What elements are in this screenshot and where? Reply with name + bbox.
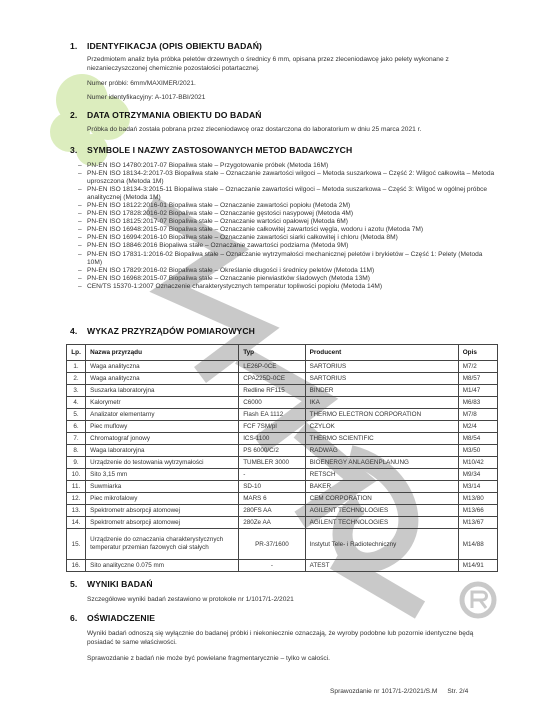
cell-type: LE26P-0CE (239, 361, 305, 373)
table-row: 2.Waga analitycznaCPA225D-0CESARTORIUSM8… (67, 373, 498, 385)
cell-name: Sito analityczne 0.075 mm (86, 560, 239, 572)
declaration-text: Wyniki badań odnoszą się wyłącznie do ba… (87, 630, 497, 647)
cell-lp: 12. (67, 493, 86, 505)
cell-producer: AGILENT TECHNOLOGIES (305, 505, 458, 517)
table-row: 4.KalorymetrC6000IKAM6/83 (67, 397, 498, 409)
cell-name: Waga analityczna (86, 373, 239, 385)
cell-type: C6000 (239, 397, 305, 409)
cell-description: M14/88 (458, 529, 497, 560)
table-row: 3.Suszarka laboratoryjnaRedline RF115BIN… (67, 385, 498, 397)
section-title: DATA OTRZYMANIA OBIEKTU DO BADAŃ (87, 110, 262, 120)
cell-type: MARS 6 (239, 493, 305, 505)
cell-name: Urządzenie do oznaczania charakterystycz… (86, 529, 239, 560)
section-number: 5. (70, 579, 87, 589)
cell-lp: 1. (67, 361, 86, 373)
cell-name: Suwmiarka (86, 481, 239, 493)
cell-name: Suszarka laboratoryjna (86, 385, 239, 397)
table-row: 13.Spektrometr absorpcji atomowej280FS A… (67, 505, 498, 517)
section-1-description: Przedmiotem analiz była próbka peletów d… (87, 56, 497, 73)
cell-name: Kalorymetr (86, 397, 239, 409)
cell-type: 280Ze AA (239, 517, 305, 529)
table-row: 5.Analizator elementarnyFlash EA 1112THE… (67, 409, 498, 421)
cell-type: - (239, 560, 305, 572)
cell-lp: 2. (67, 373, 86, 385)
cell-description: M9/34 (458, 469, 497, 481)
cell-producer: BINDER (305, 385, 458, 397)
table-row: 10.Sito 3,15 mm-RETSCHM9/34 (67, 469, 498, 481)
cell-type: Redline RF115 (239, 385, 305, 397)
cell-description: M8/54 (458, 433, 497, 445)
cell-producer: ATEST (305, 560, 458, 572)
method-item: PN-EN ISO 18134-2:2017-03 Biopaliwa stał… (78, 170, 498, 186)
section-2-description: Próbka do badań została pobrana przez zl… (87, 126, 497, 135)
section-number: 4. (70, 326, 87, 336)
section-number: 3. (70, 145, 87, 155)
cell-description: M6/83 (458, 397, 497, 409)
table-row: 6.Piec muflowyFCF 7SM/plCZYLOKM2/4 (67, 421, 498, 433)
table-row: 7.Chromatograf jonowyICS-1100THERMO SCIE… (67, 433, 498, 445)
report-number: Sprawozdanie nr 1017/1-2/2021/S.M (330, 688, 437, 695)
cell-type: 280FS AA (239, 505, 305, 517)
cell-lp: 11. (67, 481, 86, 493)
section-number: 1. (70, 41, 87, 51)
reproduction-notice: Sprawozdanie z badań nie może być powiel… (87, 655, 497, 664)
cell-lp: 14. (67, 517, 86, 529)
cell-description: M1/47 (458, 385, 497, 397)
cell-lp: 7. (67, 433, 86, 445)
table-row: 11.SuwmiarkaSD-10BAKERM3/14 (67, 481, 498, 493)
cell-name: Chromatograf jonowy (86, 433, 239, 445)
table-row: 1.Waga analitycznaLE26P-0CESARTORIUSM7/2 (67, 361, 498, 373)
section-number: 6. (70, 613, 87, 623)
table-row: 14.Spektrometr absorpcji atomowej280Ze A… (67, 517, 498, 529)
method-item: PN-EN ISO 16968:2015-07 Biopaliwa stałe … (78, 275, 498, 283)
instruments-table-body: 1.Waga analitycznaLE26P-0CESARTORIUSM7/2… (67, 361, 498, 572)
column-header-description: Opis (458, 345, 497, 361)
cell-description: M3/50 (458, 445, 497, 457)
cell-lp: 4. (67, 397, 86, 409)
method-item: PN-EN ISO 17829:2016-02 Biopaliwa stałe … (78, 267, 498, 275)
cell-lp: 9. (67, 457, 86, 469)
report-page: 1.IDENTYFIKACJA (OPIS OBIEKTU BADAŃ) Prz… (0, 0, 544, 720)
table-row: 8.Waga laboratoryjnaPS 6000/C/2RADWAGM3/… (67, 445, 498, 457)
cell-lp: 6. (67, 421, 86, 433)
cell-name: Spektrometr absorpcji atomowej (86, 505, 239, 517)
cell-name: Sito 3,15 mm (86, 469, 239, 481)
column-header-lp: Lp. (67, 345, 86, 361)
cell-type: SD-10 (239, 481, 305, 493)
cell-producer: AGILENT TECHNOLOGIES (305, 517, 458, 529)
section-5-heading: 5.WYNIKI BADAŃ (70, 579, 153, 589)
cell-producer: SARTORIUS (305, 361, 458, 373)
cell-name: Piec muflowy (86, 421, 239, 433)
cell-producer: THERMO SCIENTIFIC (305, 433, 458, 445)
cell-lp: 10. (67, 469, 86, 481)
cell-description: M2/4 (458, 421, 497, 433)
cell-name: Urządzenie do testowania wytrzymałości (86, 457, 239, 469)
method-item: PN-EN ISO 18134-3:2015-11 Biopaliwa stał… (78, 186, 498, 202)
column-header-name: Nazwa przyrządu (86, 345, 239, 361)
cell-description: M13/80 (458, 493, 497, 505)
cell-type: ICS-1100 (239, 433, 305, 445)
cell-description: M8/57 (458, 373, 497, 385)
table-row: 12.Piec mikrofalowyMARS 6CEM CORPORATION… (67, 493, 498, 505)
section-title: OŚWIADCZENIE (87, 613, 155, 623)
section-number: 2. (70, 110, 87, 120)
section-title: WYNIKI BADAŃ (87, 579, 153, 589)
table-header-row: Lp. Nazwa przyrządu Typ Producent Opis (67, 345, 498, 361)
cell-type: TUMBLER 3000 (239, 457, 305, 469)
cell-type: FCF 7SM/pl (239, 421, 305, 433)
column-header-producer: Producent (305, 345, 458, 361)
cell-name: Piec mikrofalowy (86, 493, 239, 505)
cell-type: PR-37/1600 (239, 529, 305, 560)
cell-description: M10/42 (458, 457, 497, 469)
cell-producer: THERMO ELECTRON CORPORATION (305, 409, 458, 421)
table-row: 9.Urządzenie do testowania wytrzymałości… (67, 457, 498, 469)
section-1-heading: 1.IDENTYFIKACJA (OPIS OBIEKTU BADAŃ) (70, 41, 262, 51)
column-header-type: Typ (239, 345, 305, 361)
cell-description: M13/67 (458, 517, 497, 529)
cell-producer: RADWAG (305, 445, 458, 457)
method-item: PN-EN ISO 14780:2017-07 Biopaliwa stałe … (78, 162, 498, 170)
methods-list: PN-EN ISO 14780:2017-07 Biopaliwa stałe … (78, 162, 498, 291)
cell-producer: CZYLOK (305, 421, 458, 433)
cell-producer: Instytut Tele- i Radiotechniczny (305, 529, 458, 560)
cell-name: Waga laboratoryjna (86, 445, 239, 457)
table-row: 15.Urządzenie do oznaczania charakteryst… (67, 529, 498, 560)
sample-number: Numer próbki: 6mm/MAXIMER/2021. (87, 80, 497, 89)
cell-type: - (239, 469, 305, 481)
cell-producer: IKA (305, 397, 458, 409)
cell-lp: 15. (67, 529, 86, 560)
cell-description: M7/8 (458, 409, 497, 421)
cell-type: Flash EA 1112 (239, 409, 305, 421)
section-title: SYMBOLE I NAZWY ZASTOSOWANYCH METOD BADA… (87, 145, 352, 155)
table-row: 16.Sito analityczne 0.075 mm-ATESTM14/91 (67, 560, 498, 572)
identification-number: Numer identyfikacyjny: A-1017-BBI/2021 (87, 94, 497, 103)
method-item: PN-EN ISO 17831-1:2016-02 Biopaliwa stał… (78, 251, 498, 267)
cell-name: Waga analityczna (86, 361, 239, 373)
section-6-heading: 6.OŚWIADCZENIE (70, 613, 155, 623)
cell-description: M7/2 (458, 361, 497, 373)
cell-name: Analizator elementarny (86, 409, 239, 421)
cell-description: M14/91 (458, 560, 497, 572)
section-2-heading: 2.DATA OTRZYMANIA OBIEKTU DO BADAŃ (70, 110, 262, 120)
instruments-table: Lp. Nazwa przyrządu Typ Producent Opis 1… (66, 344, 498, 572)
method-item: PN-EN ISO 17828:2016-02 Biopaliwa stałe … (78, 210, 498, 218)
cell-producer: CEM CORPORATION (305, 493, 458, 505)
cell-name: Spektrometr absorpcji atomowej (86, 517, 239, 529)
cell-description: M3/14 (458, 481, 497, 493)
cell-type: PS 6000/C/2 (239, 445, 305, 457)
cell-lp: 5. (67, 409, 86, 421)
page-number: Str. 2/4 (447, 688, 468, 695)
method-item: PN-EN ISO 16948:2015-07 Biopaliwa stałe … (78, 226, 498, 234)
method-item: CEN/TS 15370-1:2007 Oznaczenie charakter… (78, 283, 498, 291)
cell-lp: 8. (67, 445, 86, 457)
cell-lp: 16. (67, 560, 86, 572)
section-4-heading: 4.WYKAZ PRZYRZĄDÓW POMIAROWYCH (70, 326, 255, 336)
section-title: WYKAZ PRZYRZĄDÓW POMIAROWYCH (87, 326, 255, 336)
section-3-heading: 3.SYMBOLE I NAZWY ZASTOSOWANYCH METOD BA… (70, 145, 352, 155)
method-item: PN-EN ISO 18846:2016 Biopaliwa stałe – O… (78, 242, 498, 250)
cell-lp: 3. (67, 385, 86, 397)
method-item: PN-EN ISO 16994:2016-10 Biopaliwa stałe … (78, 234, 498, 242)
cell-producer: SARTORIUS (305, 373, 458, 385)
cell-producer: BAKER (305, 481, 458, 493)
cell-producer: RETSCH (305, 469, 458, 481)
cell-lp: 13. (67, 505, 86, 517)
page-footer: Sprawozdanie nr 1017/1-2/2021/S.MStr. 2/… (330, 688, 478, 695)
cell-type: CPA225D-0CE (239, 373, 305, 385)
cell-producer: BIOENERGY ANLAGENPLANUNG (305, 457, 458, 469)
method-item: PN-EN ISO 18122:2016-01 Biopaliwa stałe … (78, 202, 498, 210)
method-item: PN-EN ISO 18125:2017-07 Biopaliwa stałe … (78, 218, 498, 226)
section-title: IDENTYFIKACJA (OPIS OBIEKTU BADAŃ) (87, 41, 262, 51)
cell-description: M13/66 (458, 505, 497, 517)
results-reference: Szczegółowe wyniki badań zestawiono w pr… (87, 596, 497, 605)
